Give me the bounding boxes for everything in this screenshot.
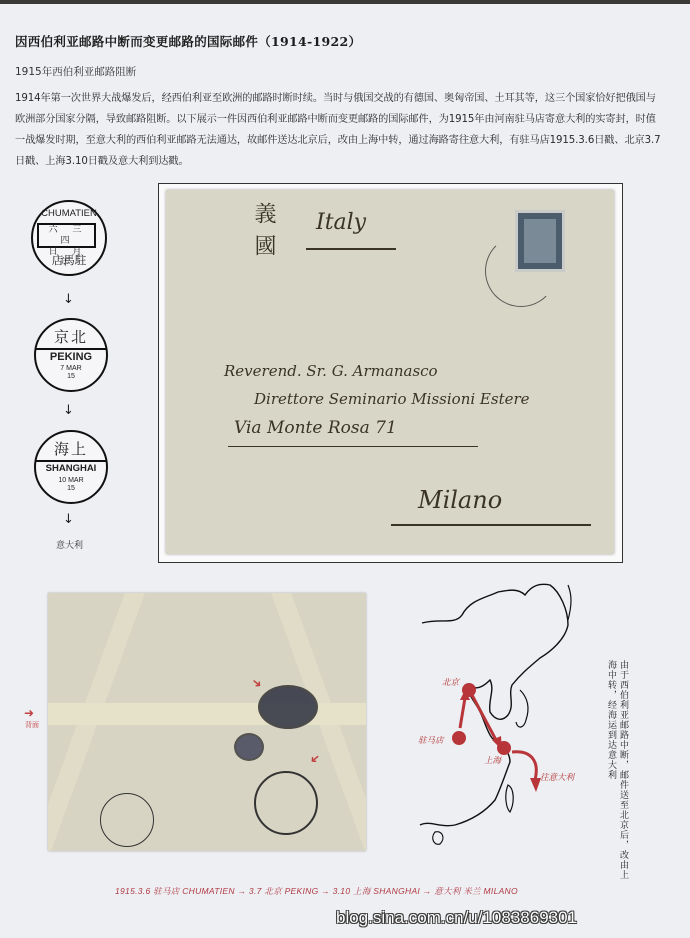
address-line-3: Via Monte Rosa 71: [234, 418, 397, 438]
watermark: blog.sina.com.cn/u/1083869301: [336, 908, 577, 928]
address-line-1: Reverend. Sr. G. Armanasco: [224, 362, 438, 380]
route-caption: 1915.3.6 驻马店 CHUMATIEN → 3.7 北京 PEKING →…: [115, 885, 518, 897]
map-label-shanghai: 上海: [484, 754, 501, 766]
down-arrow-icon: ↓: [63, 403, 74, 418]
destination-label: 意大利: [56, 538, 83, 551]
postmark-divider: [36, 460, 106, 462]
postmark-date: 10 MAR 15: [36, 477, 106, 493]
postmark-date-top: 六 三 四: [42, 225, 94, 247]
postmark-cn: 海上: [36, 438, 106, 459]
intro-paragraph: 1914年第一次世界大战爆发后，经西伯利亚至欧洲的邮路时断时续。当时与俄国交战的…: [15, 88, 665, 172]
postmark-year: 15: [36, 373, 106, 381]
postmark-divider: [36, 348, 106, 350]
top-edge: [0, 0, 690, 4]
cn-country-handwriting: 義國: [248, 202, 279, 266]
postmark-en: CHUMATIEN: [33, 208, 105, 219]
underline: [391, 524, 591, 526]
map-note: 由于西伯利亚邮路中断，邮件送至北京后，改由上海中转，经海运到达意大利: [605, 660, 629, 880]
map-route-label: 往意大利: [540, 771, 574, 783]
route-map: [400, 580, 590, 870]
underline: [306, 248, 396, 250]
down-arrow-icon: ↓: [63, 512, 74, 527]
ink-smudge: [234, 733, 264, 761]
postmark-shanghai: 海上 SHANGHAI 10 MAR 15: [34, 430, 108, 504]
envelope-back: [48, 593, 366, 851]
back-label: 背面: [25, 720, 39, 730]
postmark-year: 15: [36, 485, 106, 493]
postmark-cn: 京北: [36, 326, 106, 347]
country-handwriting: Italy: [316, 210, 366, 235]
address-line-2: Direttore Seminario Missioni Estere: [254, 390, 530, 408]
map-label-peking: 北京: [442, 676, 459, 688]
map-label-chumatien: 驻马店: [418, 734, 444, 746]
postmark-date-box: 六 三 四 日 月 年: [37, 223, 96, 248]
postage-stamp: [515, 210, 565, 272]
section-subtitle: 1915年西伯利亚邮路阻断: [15, 64, 136, 79]
postmark-day-month: 10 MAR: [36, 477, 106, 485]
back-arrow-icon: ➜: [24, 706, 34, 720]
page-title: 因西伯利亚邮路中断而变更邮路的国际邮件（1914-1922）: [15, 32, 361, 50]
underline: [228, 446, 478, 447]
down-arrow-icon: ↓: [63, 292, 74, 307]
postmark-chumatien: CHUMATIEN 六 三 四 日 月 年 店馬駐: [31, 200, 107, 276]
peking-backstamp: [254, 771, 318, 835]
postmark-day-month: 7 MAR: [36, 365, 106, 373]
shanghai-backstamp: [258, 685, 318, 729]
postmark-cn: 店馬駐: [33, 252, 105, 268]
postmark-date: 7 MAR 15: [36, 365, 106, 381]
address-city: Milano: [418, 486, 502, 514]
milano-backstamp: [100, 793, 154, 847]
postmark-en: PEKING: [36, 351, 106, 363]
postmark-en: SHANGHAI: [36, 463, 106, 474]
postmark-peking: 京北 PEKING 7 MAR 15: [34, 318, 108, 392]
